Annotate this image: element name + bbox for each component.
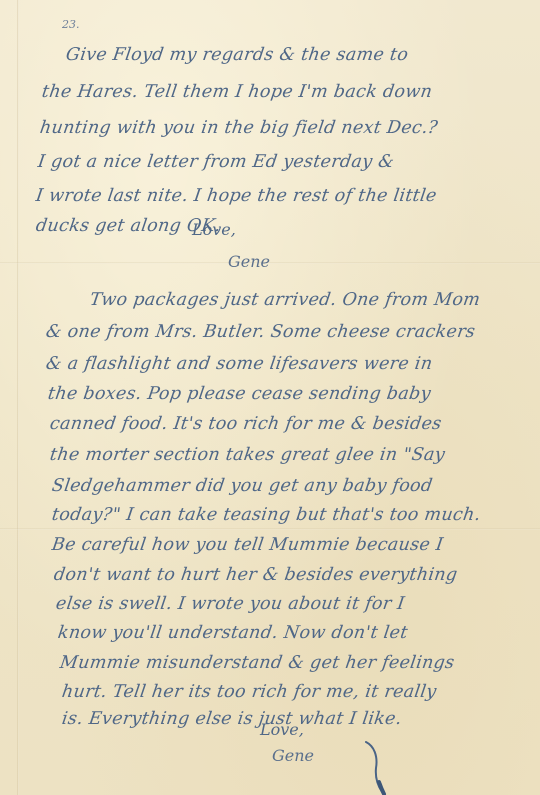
letter-line: Sledgehammer did you get any baby food xyxy=(51,476,434,496)
ink-stroke-mark xyxy=(362,738,388,795)
letter-line: hunting with you in the big field next D… xyxy=(39,118,439,138)
letter-line: today?" I can take teasing but that's to… xyxy=(51,505,482,525)
letter-line: is. Everything else is just what I like. xyxy=(61,709,403,729)
letter-line: else is swell. I wrote you about it for … xyxy=(55,594,406,614)
letter-page: 23. Give Floyd my regards & the same to … xyxy=(0,0,540,795)
letter-line: Be careful how you tell Mummie because I xyxy=(51,535,445,555)
letter-line: the morter section takes great glee in "… xyxy=(49,445,447,465)
letter-line: & one from Mrs. Butler. Some cheese crac… xyxy=(45,322,477,342)
letter-closing: Love, xyxy=(260,720,304,739)
letter-line: & a flashlight and some lifesavers were … xyxy=(45,354,434,374)
paper-fold-vertical xyxy=(17,0,19,795)
letter-line: I wrote last nite. I hope the rest of th… xyxy=(35,186,438,206)
letter-line: know you'll understand. Now don't let xyxy=(57,623,409,643)
letter-line: Mummie misunderstand & get her feelings xyxy=(59,653,456,673)
letter-line: the Hares. Tell them I hope I'm back dow… xyxy=(41,82,434,102)
letter-line: don't want to hurt her & besides everyth… xyxy=(53,565,459,585)
signature: Gene xyxy=(272,746,314,765)
letter-line: Two packages just arrived. One from Mom xyxy=(89,290,482,310)
letter-line: hurt. Tell her its too rich for me, it r… xyxy=(61,682,438,702)
paper-fold-horizontal xyxy=(0,528,540,530)
letter-closing: Love, xyxy=(192,220,236,239)
page-number: 23. xyxy=(62,18,80,31)
signature: Gene xyxy=(228,252,270,271)
letter-line: canned food. It's too rich for me & besi… xyxy=(49,414,443,434)
letter-line: Give Floyd my regards & the same to xyxy=(65,45,410,65)
letter-line: I got a nice letter from Ed yesterday & xyxy=(37,152,396,172)
letter-line: the boxes. Pop please cease sending baby xyxy=(47,384,433,404)
